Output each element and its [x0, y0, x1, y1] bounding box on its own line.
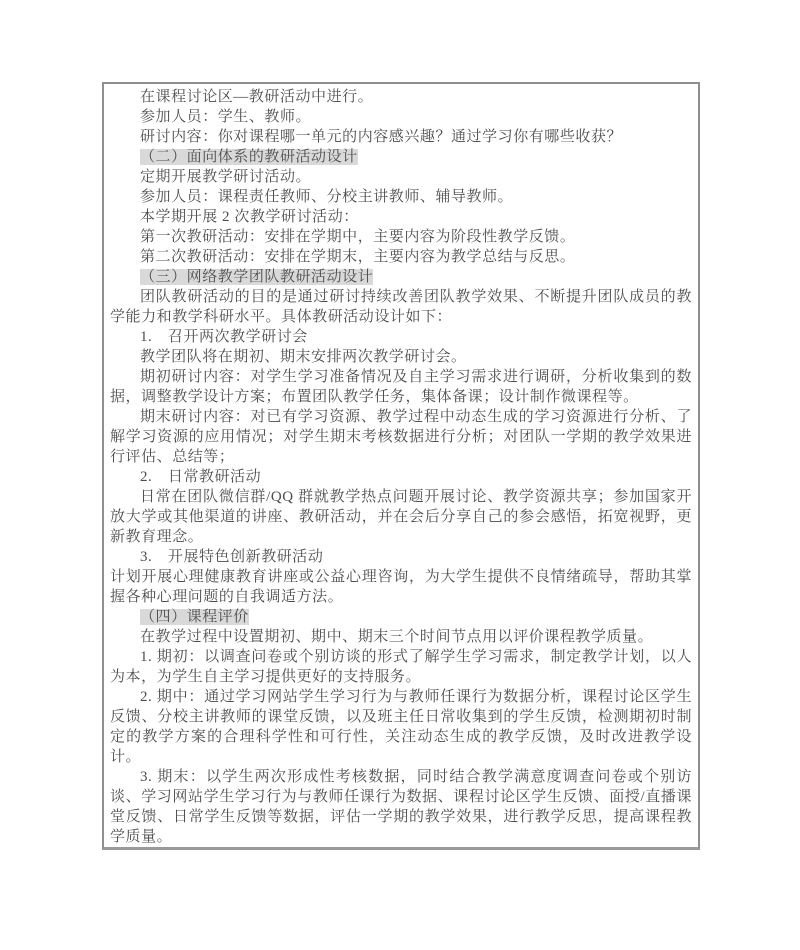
paragraph: 1. 期初：以调查问卷或个别访谈的形式了解学生学习需求，制定教学计划，以人为本，…: [110, 647, 692, 687]
section-heading: （四）课程评价: [110, 607, 692, 627]
paragraph: 2. 期中：通过学习网站学生学习行为与教师任课行为数据分析，课程讨论区学生反馈、…: [110, 687, 692, 767]
page: 在课程讨论区—教研活动中进行。 参加人员：学生、教师。 研讨内容：你对课程哪一单…: [0, 0, 800, 950]
list-item: 2. 日常教研活动: [110, 467, 692, 487]
paragraph: 在教学过程中设置期初、期中、期末三个时间节点用以评价课程教学质量。: [110, 627, 692, 647]
list-item: 1. 召开两次教学研讨会: [110, 327, 692, 347]
paragraph: 期初研讨内容：对学生学习准备情况及自主学习需求进行调研，分析收集到的数据，调整教…: [110, 367, 692, 407]
paragraph: 期末研讨内容：对已有学习资源、教学过程中动态生成的学习资源进行分析、了解学习资源…: [110, 407, 692, 467]
section-heading: （二）面向体系的教研活动设计: [110, 147, 692, 167]
paragraph: 本学期开展 2 次教学研讨活动：: [110, 207, 692, 227]
paragraph: 教学团队将在期初、期末安排两次教学研讨会。: [110, 347, 692, 367]
paragraph: 日常在团队微信群/QQ 群就教学热点问题开展讨论、教学资源共享；参加国家开放大学…: [110, 487, 692, 547]
paragraph: 定期开展教学研讨活动。: [110, 167, 692, 187]
section-heading-text: （二）面向体系的教研活动设计: [140, 149, 358, 165]
section-heading: （三）网络教学团队教研活动设计: [110, 267, 692, 287]
paragraph: 在课程讨论区—教研活动中进行。: [110, 87, 692, 107]
paragraph: 团队教研活动的目的是通过研讨持续改善团队教学效果、不断提升团队成员的教学能力和教…: [110, 287, 692, 327]
paragraph: 第一次教研活动：安排在学期中，主要内容为阶段性教学反馈。: [110, 227, 692, 247]
document-table-cell: 在课程讨论区—教研活动中进行。 参加人员：学生、教师。 研讨内容：你对课程哪一单…: [102, 82, 700, 850]
list-item: 3. 开展特色创新教研活动: [110, 547, 692, 567]
paragraph: 计划开展心理健康教育讲座或公益心理咨询，为大学生提供不良情绪疏导，帮助其掌握各种…: [110, 567, 692, 607]
paragraph: 3. 期末：以学生两次形成性考核数据，同时结合教学满意度调查问卷或个别访谈、学习…: [110, 767, 692, 847]
paragraph: 参加人员：课程责任教师、分校主讲教师、辅导教师。: [110, 187, 692, 207]
section-heading-text: （三）网络教学团队教研活动设计: [140, 269, 373, 285]
paragraph: 研讨内容：你对课程哪一单元的内容感兴趣？通过学习你有哪些收获？: [110, 127, 692, 147]
section-heading-text: （四）课程评价: [140, 609, 249, 625]
paragraph: 第二次教研活动：安排在学期末，主要内容为教学总结与反思。: [110, 247, 692, 267]
paragraph: 参加人员：学生、教师。: [110, 107, 692, 127]
